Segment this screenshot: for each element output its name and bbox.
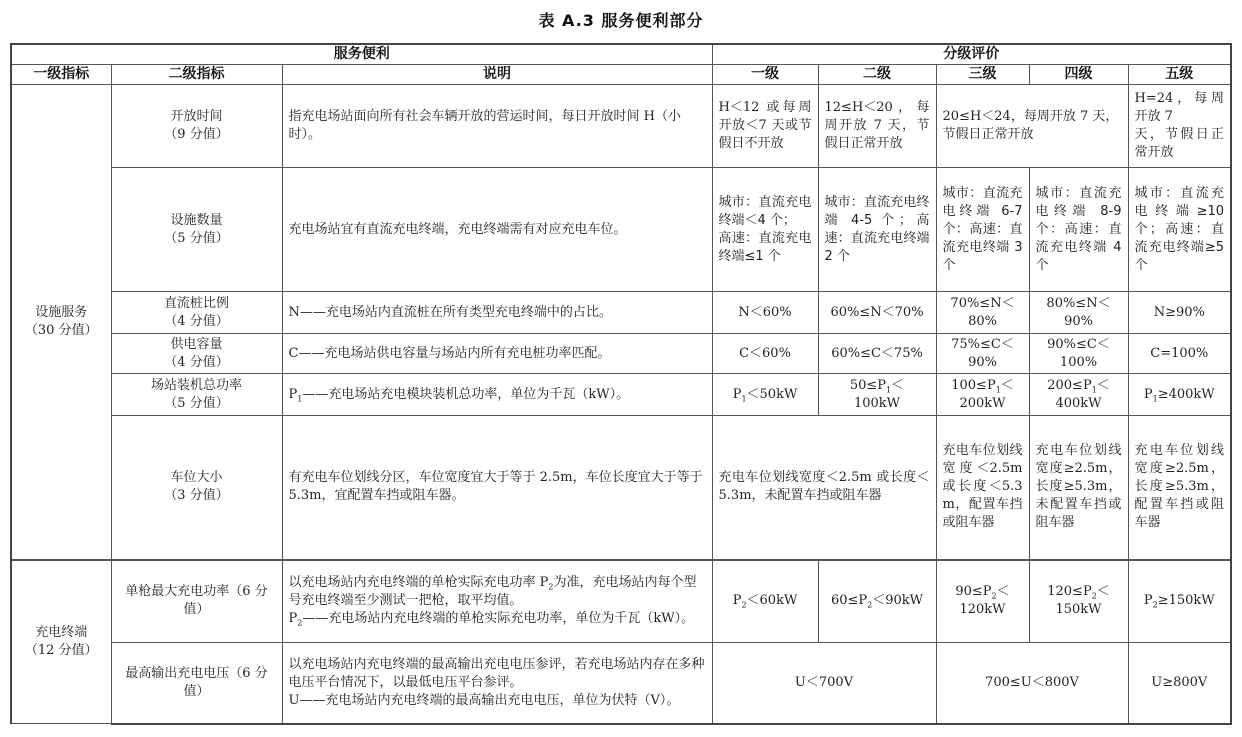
grade5-criterion: P2≥150kW — [1128, 560, 1231, 643]
grade1-2-criterion: U＜700V — [712, 643, 936, 724]
grade3-criterion: 70%≤N＜ 80% — [936, 292, 1029, 334]
table-row: 直流桩比例 （4 分值） N——充电场站内直流桩在所有类型充电终端中的占比。 N… — [11, 292, 1231, 334]
grade3-criterion: 城市：直流充电终端 6-7 个：高速：直流充电终端 3 个 — [936, 168, 1029, 292]
indicator-description: P1——充电场站充电模块装机总功率，单位为千瓦（kW）。 — [282, 374, 712, 416]
grade5-criterion: N≥90% — [1128, 292, 1231, 334]
indicator-description: 指充电场站面向所有社会车辆开放的营运时间，每日开放时间 H（小时）。 — [282, 85, 712, 168]
grade4-criterion: 200≤P1＜ 400kW — [1029, 374, 1128, 416]
grade4-criterion: 90%≤C＜ 100% — [1029, 334, 1128, 374]
grade3-criterion: 充电车位划线宽度＜2.5m 或长度＜5.3m，配置车挡或阻车器 — [936, 416, 1029, 560]
grade5-criterion: 充电车位划线宽度≥2.5m，长度≥5.3m，配置车挡或阻车器 — [1128, 416, 1231, 560]
grade4-criterion: 充电车位划线宽度≥2.5m，长度≥5.3m，未配置车挡或阻车器 — [1029, 416, 1128, 560]
table-title: 表 A.3 服务便利部分 — [0, 8, 1242, 31]
grade3-criterion: 100≤P1＜ 200kW — [936, 374, 1029, 416]
grade4-criterion: 120≤P2＜ 150kW — [1029, 560, 1128, 643]
section-charging-terminal: 充电终端 （12 分值） — [11, 560, 111, 724]
indicator-description: 以充电场站内充电终端的单枪实际充电功率 P2为准，充电场站内每个型号充电终端至少… — [282, 560, 712, 643]
table-row: 充电终端 （12 分值） 单枪最大充电功率（6 分值） 以充电场站内充电终端的单… — [11, 560, 1231, 643]
grade2-criterion: 60%≤C＜75% — [818, 334, 936, 374]
col-header-grade2: 二级 — [818, 65, 936, 85]
grade2-criterion: 60≤P2＜90kW — [818, 560, 936, 643]
grade1-criterion: P2＜60kW — [712, 560, 818, 643]
grade2-criterion: 50≤P1＜ 100kW — [818, 374, 936, 416]
grade2-criterion: 城市：直流充电终端 4-5 个；高速：直流充电终端 2 个 — [818, 168, 936, 292]
grade5-criterion: H=24，每周开放 7 天，节假日正常开放 — [1128, 85, 1231, 168]
indicator-description: 充电场站宜有直流充电终端，充电终端需有对应充电车位。 — [282, 168, 712, 292]
table-row: 供电容量 （4 分值） C——充电场站供电容量与场站内所有充电桩功率匹配。 C＜… — [11, 334, 1231, 374]
section-facility-service: 设施服务 （30 分值） — [11, 85, 111, 560]
indicator-name: 设施数量 （5 分值） — [111, 168, 282, 292]
grade4-criterion: 城市：直流充电终端 8-9 个：高速：直流充电终端 4 个 — [1029, 168, 1128, 292]
grade3-4-criterion: 700≤U＜800V — [936, 643, 1128, 724]
table-row: 最高输出充电电压（6 分值） 以充电场站内充电终端的最高输出充电电压参评，若充电… — [11, 643, 1231, 724]
indicator-name: 车位大小 （3 分值） — [111, 416, 282, 560]
indicator-description: C——充电场站供电容量与场站内所有充电桩功率匹配。 — [282, 334, 712, 374]
indicator-name: 供电容量 （4 分值） — [111, 334, 282, 374]
col-header-grade5: 五级 — [1128, 65, 1231, 85]
grade5-criterion: P1≥400kW — [1128, 374, 1231, 416]
grade5-criterion: 城市：直流充电终端≥10 个；高速：直流充电终端≥5 个 — [1128, 168, 1231, 292]
indicator-name: 单枪最大充电功率（6 分值） — [111, 560, 282, 643]
grade3-criterion: 90≤P2＜ 120kW — [936, 560, 1029, 643]
grade3-criterion: 75%≤C＜ 90% — [936, 334, 1029, 374]
col-header-description: 说明 — [282, 65, 712, 85]
table-row: 车位大小 （3 分值） 有充电车位划线分区，车位宽度宜大于等于 2.5m，车位长… — [11, 416, 1231, 560]
grade1-criterion: 城市：直流充电终端＜4 个； 高速：直流充电终端≤1 个 — [712, 168, 818, 292]
grade1-criterion: H＜12 或每周开放＜7 天或节假日不开放 — [712, 85, 818, 168]
table-row: 设施服务 （30 分值） 开放时间 （9 分值） 指充电场站面向所有社会车辆开放… — [11, 85, 1231, 168]
grade1-criterion: N＜60% — [712, 292, 818, 334]
indicator-name: 最高输出充电电压（6 分值） — [111, 643, 282, 724]
grade5-criterion: U≥800V — [1128, 643, 1231, 724]
col-header-grade4: 四级 — [1029, 65, 1128, 85]
indicator-name: 开放时间 （9 分值） — [111, 85, 282, 168]
indicator-description: 以充电场站内充电终端的最高输出充电电压参评，若充电场站内存在多种电压平台情况下，… — [282, 643, 712, 724]
group-header-service: 服务便利 — [11, 44, 712, 65]
group-header-grading: 分级评价 — [712, 44, 1231, 65]
grade4-criterion: 80%≤N＜ 90% — [1029, 292, 1128, 334]
grade2-criterion: 60%≤N＜70% — [818, 292, 936, 334]
indicator-name: 直流桩比例 （4 分值） — [111, 292, 282, 334]
grade3-4-criterion: 20≤H＜24，每周开放 7 天，节假日正常开放 — [936, 85, 1128, 168]
col-header-grade1: 一级 — [712, 65, 818, 85]
col-header-level2: 二级指标 — [111, 65, 282, 85]
grade1-2-criterion: 充电车位划线宽度＜2.5m 或长度＜5.3m，未配置车挡或阻车器 — [712, 416, 936, 560]
grade1-criterion: C＜60% — [712, 334, 818, 374]
table-row: 设施数量 （5 分值） 充电场站宜有直流充电终端，充电终端需有对应充电车位。 城… — [11, 168, 1231, 292]
col-header-level1: 一级指标 — [11, 65, 111, 85]
indicator-description: 有充电车位划线分区，车位宽度宜大于等于 2.5m，车位长度宜大于等于 5.3m，… — [282, 416, 712, 560]
service-convenience-table: 服务便利 分级评价 一级指标 二级指标 说明 一级 二级 三级 四级 五级 设施… — [10, 43, 1232, 725]
table-row: 场站装机总功率 （5 分值） P1——充电场站充电模块装机总功率，单位为千瓦（k… — [11, 374, 1231, 416]
grade1-criterion: P1＜50kW — [712, 374, 818, 416]
indicator-description: N——充电场站内直流桩在所有类型充电终端中的占比。 — [282, 292, 712, 334]
grade2-criterion: 12≤H＜20，每周开放 7 天，节假日正常开放 — [818, 85, 936, 168]
col-header-grade3: 三级 — [936, 65, 1029, 85]
indicator-name: 场站装机总功率 （5 分值） — [111, 374, 282, 416]
grade5-criterion: C=100% — [1128, 334, 1231, 374]
